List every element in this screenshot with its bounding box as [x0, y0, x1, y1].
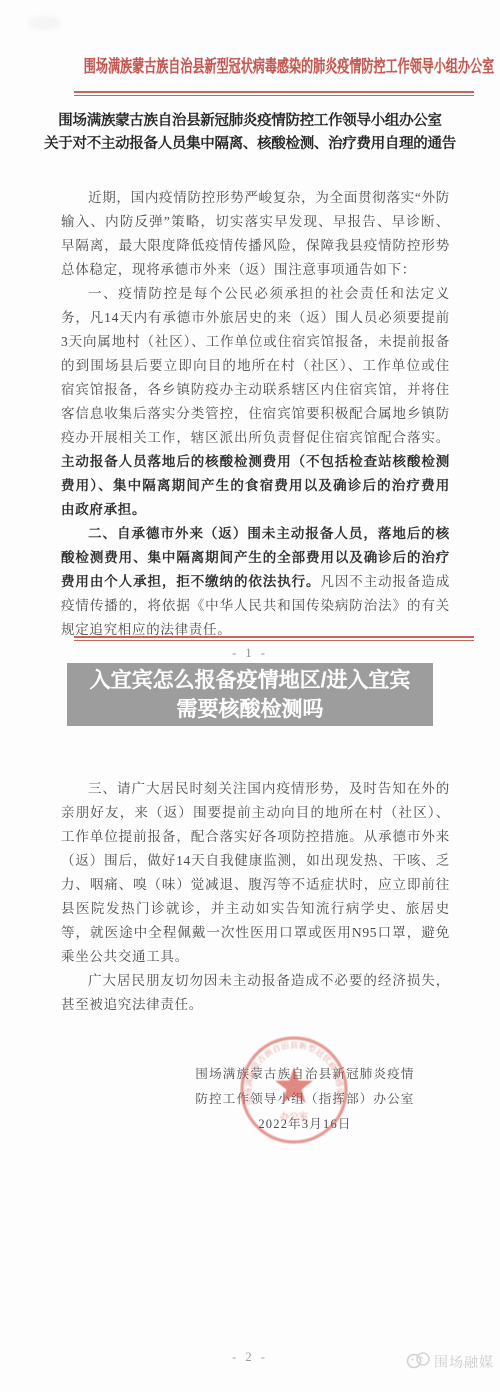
- seal-bottom-text: 办公室: [280, 1111, 309, 1123]
- notice-body-page2: 三、请广大居民时刻关注国内疫情形势，及时告知在外的亲朋好友，来（返）围要提前主动…: [61, 777, 450, 1017]
- page1-number: - 1 -: [0, 646, 500, 661]
- notice-title-line1: 围场满族蒙古族自治县新冠肺炎疫情防控工作领导小组办公室: [30, 110, 470, 133]
- letterhead-banner-text: 围场满族蒙古族自治县新型冠状病毒感染的肺炎疫情防控工作领导小组办公室: [84, 52, 494, 77]
- notice-paragraph-4: 广大居民朋友切勿因未主动报备造成不必要的经济损失，甚至被追究法律责任。: [61, 969, 450, 1017]
- paragraph-1-text: 一、疫情防控是每个公民必须承担的社会责任和法定义务，凡14天内有承德市外旅居史的…: [61, 286, 450, 445]
- red-official-seal-icon: 围场满族蒙古族自治县新型冠状病毒感染的肺炎疫情防控工作领导小组 办公室: [238, 1034, 350, 1151]
- letterhead-banner: 围场满族蒙古族自治县新型冠状病毒感染的肺炎疫情防控工作领导小组办公室: [0, 52, 500, 77]
- paragraph-3-text: 三、请广大居民时刻关注国内疫情形势，及时告知在外的亲朋好友，来（返）围要提前主动…: [61, 781, 450, 964]
- notice-paragraph-3: 三、请广大居民时刻关注国内疫情形势，及时告知在外的亲朋好友，来（返）围要提前主动…: [61, 777, 450, 969]
- notice-title-line2: 关于对不主动报备人员集中隔离、核酸检测、治疗费用自理的通告: [30, 133, 470, 156]
- weichang-media-logo-icon: [405, 1349, 431, 1374]
- letterhead-divider: [74, 91, 474, 96]
- seal-star-icon: [275, 1067, 313, 1103]
- media-watermark-label: 围场融媒: [434, 1352, 494, 1372]
- article-headline-text: 入宜宾怎么报备疫情地区/进入宜宾 需要核酸检测吗: [90, 666, 411, 724]
- notice-paragraph-1: 一、疫情防控是每个公民必须承担的社会责任和法定义务，凡14天内有承德市外旅居史的…: [61, 282, 450, 522]
- notice-paragraph-intro: 近期，国内疫情防控形势严峻复杂，为全面贯彻落实“外防输入、内防反弹”策略，切实落…: [61, 186, 450, 282]
- notice-title: 围场满族蒙古族自治县新冠肺炎疫情防控工作领导小组办公室 关于对不主动报备人员集中…: [30, 110, 470, 156]
- paragraph-intro-text: 近期，国内疫情防控形势严峻复杂，为全面贯彻落实“外防输入、内防反弹”策略，切实落…: [61, 190, 450, 277]
- paragraph-1-bold-text: 主动报备人员落地后的核酸检测费用（不包括检查站核酸检测费用）、集中隔离期间产生的…: [61, 454, 450, 517]
- article-headline-overlay: 入宜宾怎么报备疫情地区/进入宜宾 需要核酸检测吗: [67, 663, 433, 726]
- page1-footer-divider: [74, 636, 474, 641]
- scan-smudge: [28, 16, 62, 30]
- media-watermark: 围场融媒: [405, 1349, 494, 1374]
- paragraph-4-text: 广大居民朋友切勿因未主动报备造成不必要的经济损失，甚至被追究法律责任。: [61, 973, 450, 1012]
- notice-paragraph-2: 二、自承德市外来（返）围未主动报备人员，落地后的核酸检测费用、集中隔离期间产生的…: [61, 522, 450, 642]
- notice-body-page1: 近期，国内疫情防控形势严峻复杂，为全面贯彻落实“外防输入、内防反弹”策略，切实落…: [61, 186, 450, 642]
